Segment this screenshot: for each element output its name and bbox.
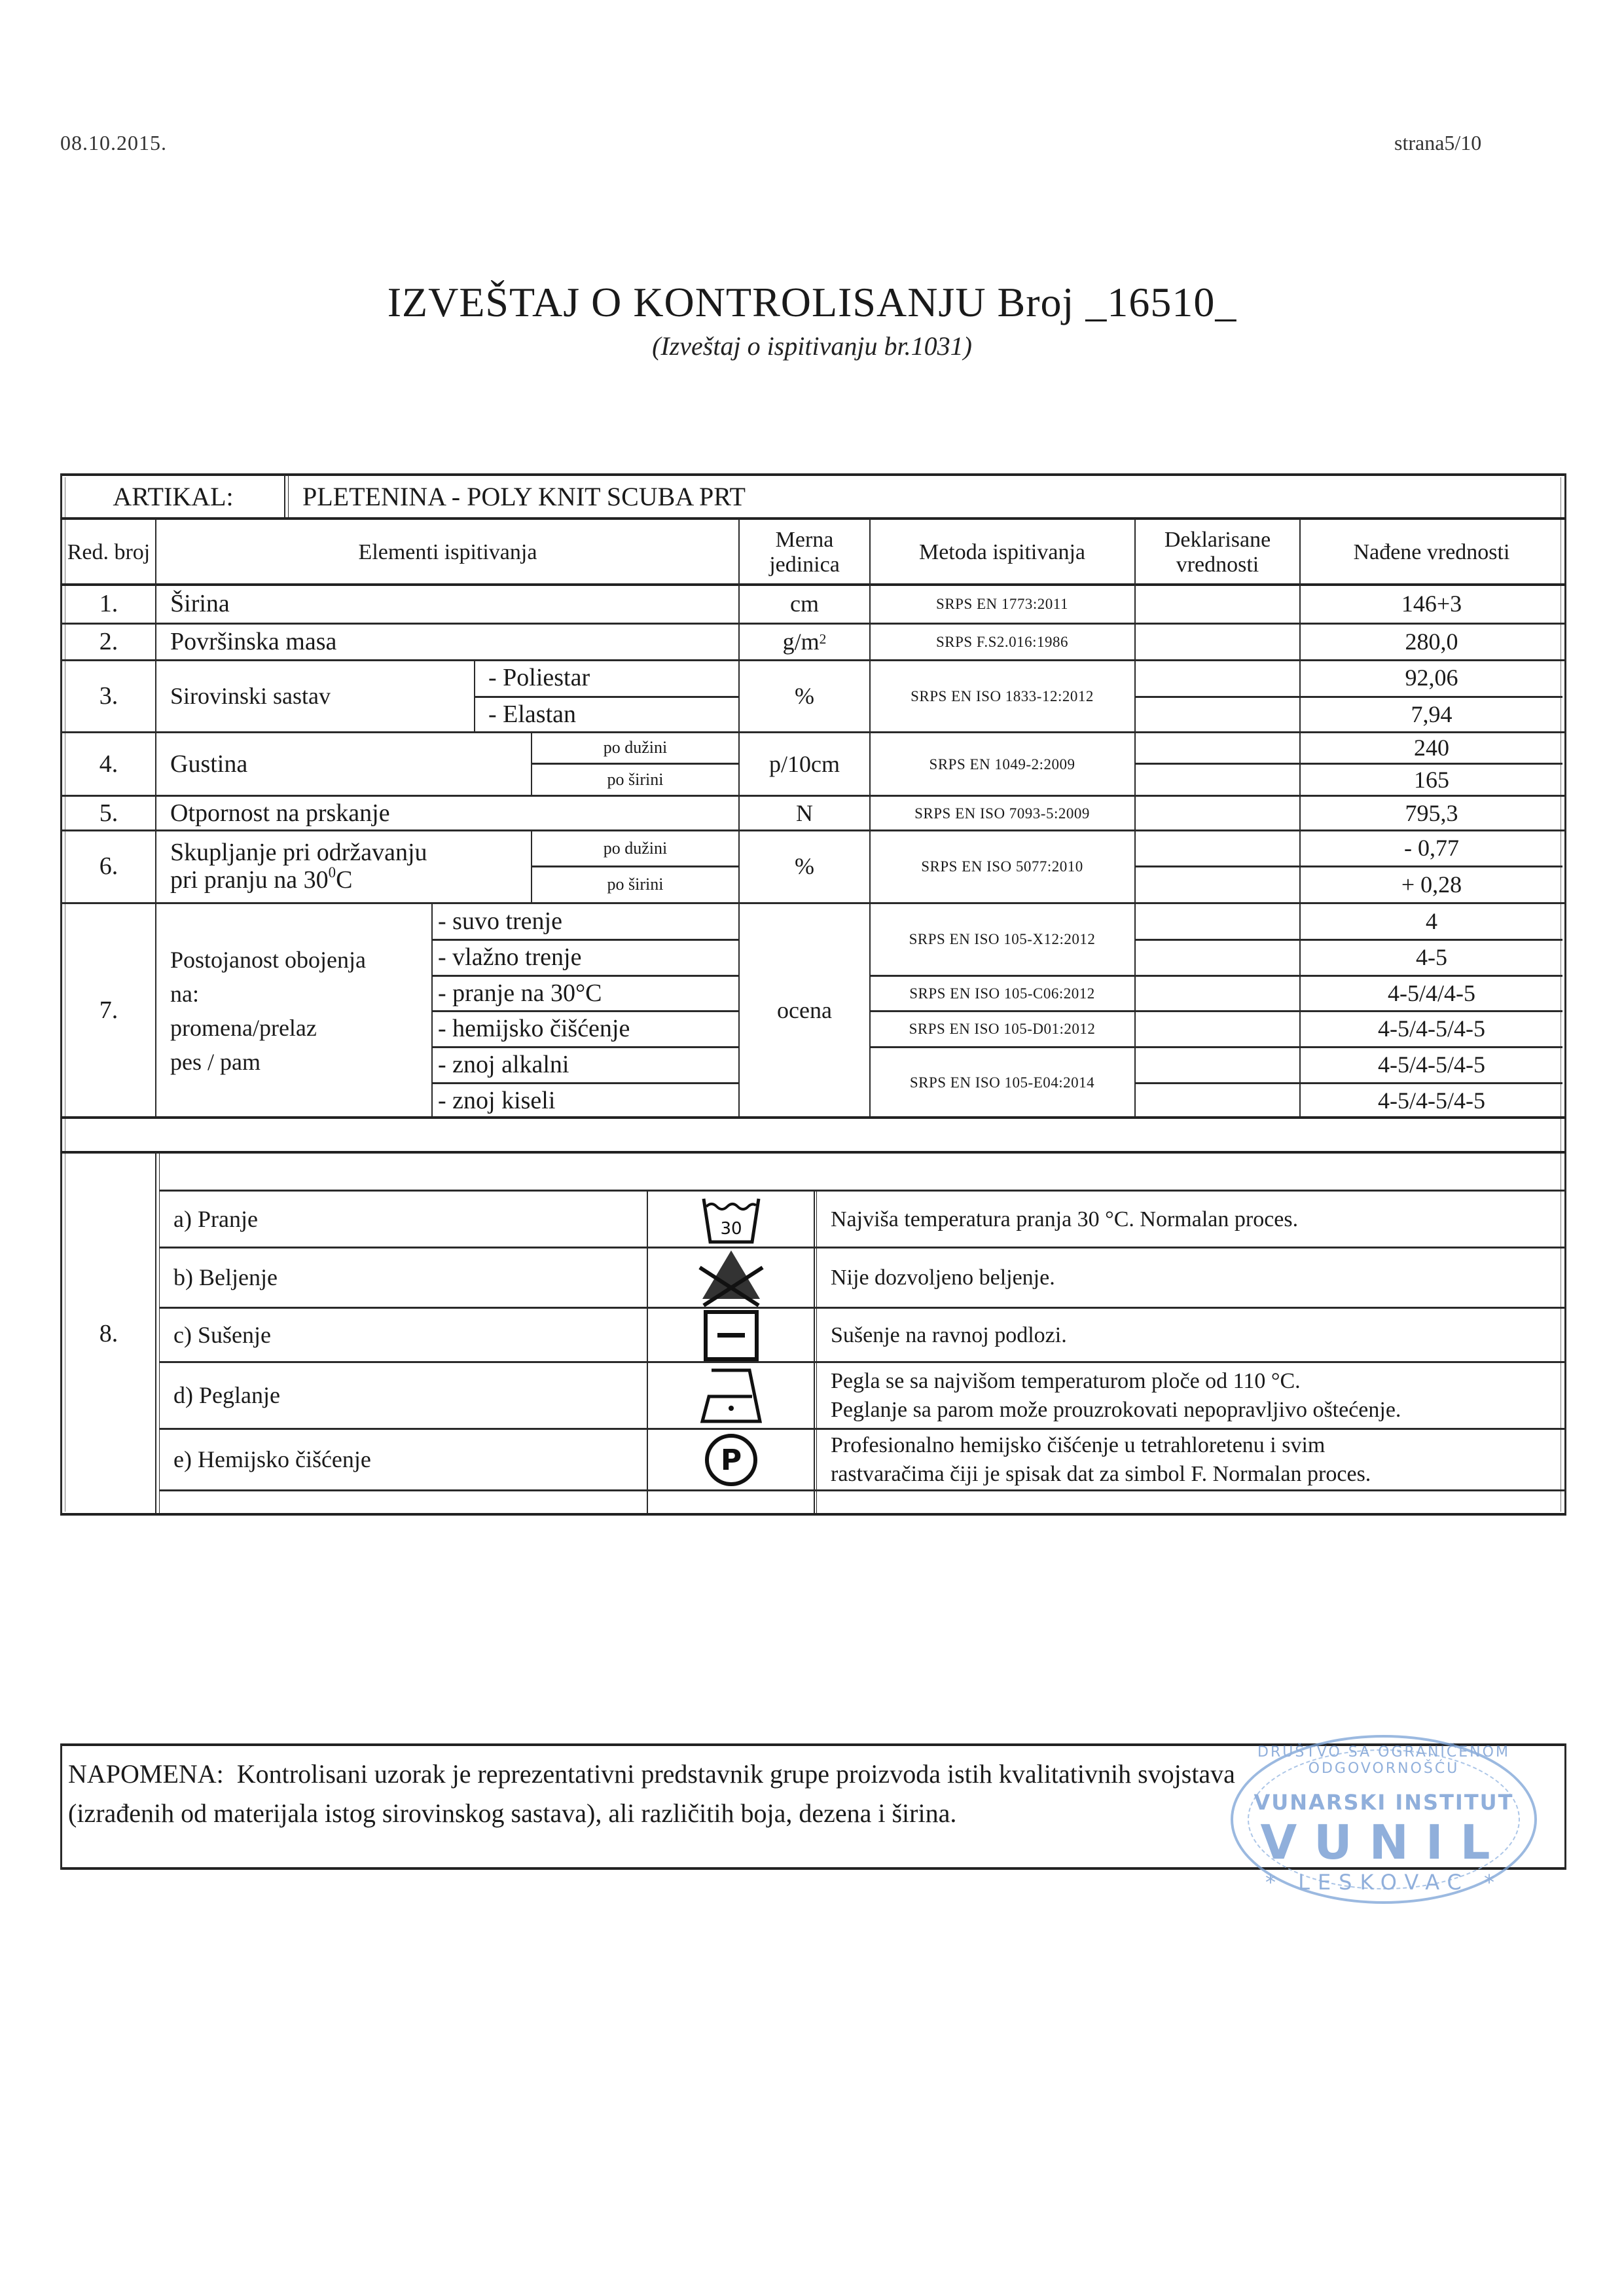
care-desc-hemijsko: Profesionalno hemijsko čišćenje u tetrah… <box>818 1430 1562 1490</box>
no-bleach-icon <box>648 1248 814 1307</box>
row-7-sub-znoj-kiseli: - znoj kiseli <box>433 1084 738 1118</box>
row-4-sub-duzina: po dužini <box>532 733 738 763</box>
row-5-unit: N <box>740 797 869 830</box>
row-7-method-d01: SRPS EN ISO 105-D01:2012 <box>871 1012 1134 1046</box>
row-2-unit-sup: 2 <box>820 632 827 647</box>
row-6-unit: % <box>740 831 869 902</box>
report-subtitle: (Izveštaj o ispitivanju br.1031) <box>0 331 1624 361</box>
care-desc-peglanje: Pegla se sa najvišom temperaturom ploče … <box>818 1363 1562 1429</box>
row-1-declared <box>1136 585 1299 623</box>
note-label: NAPOMENA: <box>68 1759 224 1789</box>
row-2-no: 2. <box>62 625 155 660</box>
row-6-degree-sup: 0 <box>329 864 336 881</box>
care-label-peglanje: d) Peglanje <box>160 1363 647 1429</box>
row-5-method: SRPS EN ISO 7093-5:2009 <box>871 797 1134 830</box>
row-6-method: SRPS EN ISO 5077:2010 <box>871 831 1134 902</box>
care-desc-hemijsko-line1: Profesionalno hemijsko čišćenje u tetrah… <box>831 1431 1325 1460</box>
artikal-value: PLETENINA - POLY KNIT SCUBA PRT <box>289 475 1533 519</box>
care-desc-peglanje-line2: Peglanje sa parom može prouzrokovati nep… <box>831 1396 1401 1425</box>
dry-flat-icon <box>648 1309 814 1362</box>
care-desc-susenje: Sušenje na ravnoj podlozi. <box>818 1309 1562 1362</box>
row-7-method-e04: SRPS EN ISO 105-E04:2014 <box>871 1048 1134 1118</box>
svg-text:30: 30 <box>720 1219 742 1239</box>
row-3-element: Sirovinski sastav <box>157 661 474 732</box>
institute-stamp: DRUŠTVO SA OGRANIČENOM ODGOVORNOŠĆU VUNA… <box>1231 1735 1537 1904</box>
col-red-broj: Red. broj <box>62 520 155 585</box>
care-desc-peglanje-line1: Pegla se sa najvišom temperaturom ploče … <box>831 1367 1301 1396</box>
stamp-ring-top: DRUŠTVO SA OGRANIČENOM ODGOVORNOŠĆU <box>1233 1744 1534 1777</box>
col-nadjene: Nađene vrednosti <box>1301 520 1562 585</box>
care-label-beljenje: b) Beljenje <box>160 1248 647 1307</box>
row-3-sub-poliestar: - Poliestar <box>475 661 738 695</box>
care-label-susenje: c) Sušenje <box>160 1309 647 1362</box>
row-2-method: SRPS F.S2.016:1986 <box>871 625 1134 660</box>
row-7-found-suvo: 4 <box>1301 904 1562 939</box>
row-5-element: Otpornost na prskanje <box>157 797 738 830</box>
wash-30-icon: 30 <box>648 1192 814 1247</box>
row-3-sub-elastan: - Elastan <box>475 698 738 732</box>
report-date: 08.10.2015. <box>60 131 167 155</box>
row-7-sub-suvo-trenje: - suvo trenje <box>433 904 738 939</box>
stamp-city: * LESKOVAC * <box>1233 1870 1534 1895</box>
row-6-element-line1: Skupljanje pri održavanju <box>170 839 427 867</box>
report-title: IZVEŠTAJ O KONTROLISANJU Broj _16510_ <box>0 278 1624 327</box>
col-metoda: Metoda ispitivanja <box>871 520 1134 585</box>
col-merna: Merna jedinica <box>740 520 869 585</box>
row-1-element: Širina <box>157 585 738 623</box>
row-7-sub-hemijsko: - hemijsko čišćenje <box>433 1012 738 1046</box>
row-4-sub-sirina: po širini <box>532 765 738 795</box>
row-7-unit: ocena <box>740 904 869 1118</box>
row-7-no: 7. <box>62 904 155 1118</box>
note-line1-text: Kontrolisani uzorak je reprezentativni p… <box>237 1759 1235 1789</box>
row-7-found-hemijsko: 4-5/4-5/4-5 <box>1301 1012 1562 1046</box>
row-7-found-pranje: 4-5/4/4-5 <box>1301 977 1562 1011</box>
row-4-unit: p/10cm <box>740 733 869 795</box>
row-6-element-line2: pri pranju na 300C <box>170 867 352 894</box>
col-elementi: Elementi ispitivanja <box>157 520 738 585</box>
care-label-pranje: a) Pranje <box>160 1192 647 1247</box>
row-6-found-2: + 0,28 <box>1301 867 1562 902</box>
page-number: strana5/10 <box>1394 131 1481 155</box>
row-2-unit-text: g/m <box>783 629 820 655</box>
svg-text:P: P <box>720 1444 741 1477</box>
stamp-institute-name: VUNARSKI INSTITUT <box>1233 1790 1534 1815</box>
row-7-element-line1: Postojanost obojenja <box>170 943 366 977</box>
row-1-method: SRPS EN 1773:2011 <box>871 585 1134 623</box>
care-no: 8. <box>62 1154 155 1514</box>
row-7-element-line2: na: <box>170 977 199 1011</box>
row-7-sub-znoj-alkalni: - znoj alkalni <box>433 1048 738 1082</box>
row-3-found-1: 92,06 <box>1301 661 1562 695</box>
row-7-element-line4: pes / pam <box>170 1045 261 1079</box>
iron-low-icon <box>648 1363 814 1429</box>
row-2-element: Površinska masa <box>157 625 738 660</box>
row-6-element-suffix: C <box>336 866 352 894</box>
row-4-method: SRPS EN 1049-2:2009 <box>871 733 1134 795</box>
care-desc-hemijsko-line2: rastvaračima čiji je spisak dat za simbo… <box>831 1460 1371 1489</box>
row-4-element: Gustina <box>157 733 530 795</box>
row-4-found-2: 165 <box>1301 765 1562 795</box>
col-deklarisane: Deklarisane vrednosti <box>1136 520 1299 585</box>
row-1-unit: cm <box>740 585 869 623</box>
row-7-found-kiseli: 4-5/4-5/4-5 <box>1301 1084 1562 1118</box>
dry-clean-p-icon: P <box>648 1430 814 1490</box>
row-6-found-1: - 0,77 <box>1301 831 1562 866</box>
care-label-hemijsko: e) Hemijsko čišćenje <box>160 1430 647 1490</box>
row-7-sub-pranje: - pranje na 30°C <box>433 977 738 1011</box>
row-7-method-x12: SRPS EN ISO 105-X12:2012 <box>871 904 1134 975</box>
row-2-unit: g/m2 <box>740 625 869 660</box>
row-5-no: 5. <box>62 797 155 830</box>
row-3-found-2: 7,94 <box>1301 698 1562 732</box>
row-7-sub-vlazno-trenje: - vlažno trenje <box>433 941 738 975</box>
row-6-no: 6. <box>62 831 155 902</box>
artikal-label: ARTIKAL: <box>62 475 284 519</box>
row-6-element-line2-text: pri pranju na 30 <box>170 866 329 894</box>
row-3-unit: % <box>740 661 869 732</box>
row-7-method-c06: SRPS EN ISO 105-C06:2012 <box>871 977 1134 1011</box>
row-7-found-alkalni: 4-5/4-5/4-5 <box>1301 1048 1562 1082</box>
row-1-found: 146+3 <box>1301 585 1562 623</box>
row-1-no: 1. <box>62 585 155 623</box>
row-4-found-1: 240 <box>1301 733 1562 763</box>
care-desc-pranje: Najviša temperatura pranja 30 °C. Normal… <box>818 1192 1562 1247</box>
row-7-element-line3: promena/prelaz <box>170 1011 317 1045</box>
row-7-element: Postojanost obojenja na: promena/prelaz … <box>157 904 431 1118</box>
row-6-sub-duzina: po dužini <box>532 831 738 866</box>
stamp-logo-text: VUNIL <box>1233 1815 1534 1870</box>
row-4-no: 4. <box>62 733 155 795</box>
row-3-no: 3. <box>62 661 155 732</box>
row-6-sub-sirina: po širini <box>532 867 738 902</box>
row-5-found: 795,3 <box>1301 797 1562 830</box>
row-2-found: 280,0 <box>1301 625 1562 660</box>
row-6-element: Skupljanje pri održavanju pri pranju na … <box>157 831 530 902</box>
care-desc-beljenje: Nije dozvoljeno beljenje. <box>818 1248 1562 1307</box>
row-3-method: SRPS EN ISO 1833-12:2012 <box>871 661 1134 732</box>
row-7-found-vlazno: 4-5 <box>1301 941 1562 975</box>
